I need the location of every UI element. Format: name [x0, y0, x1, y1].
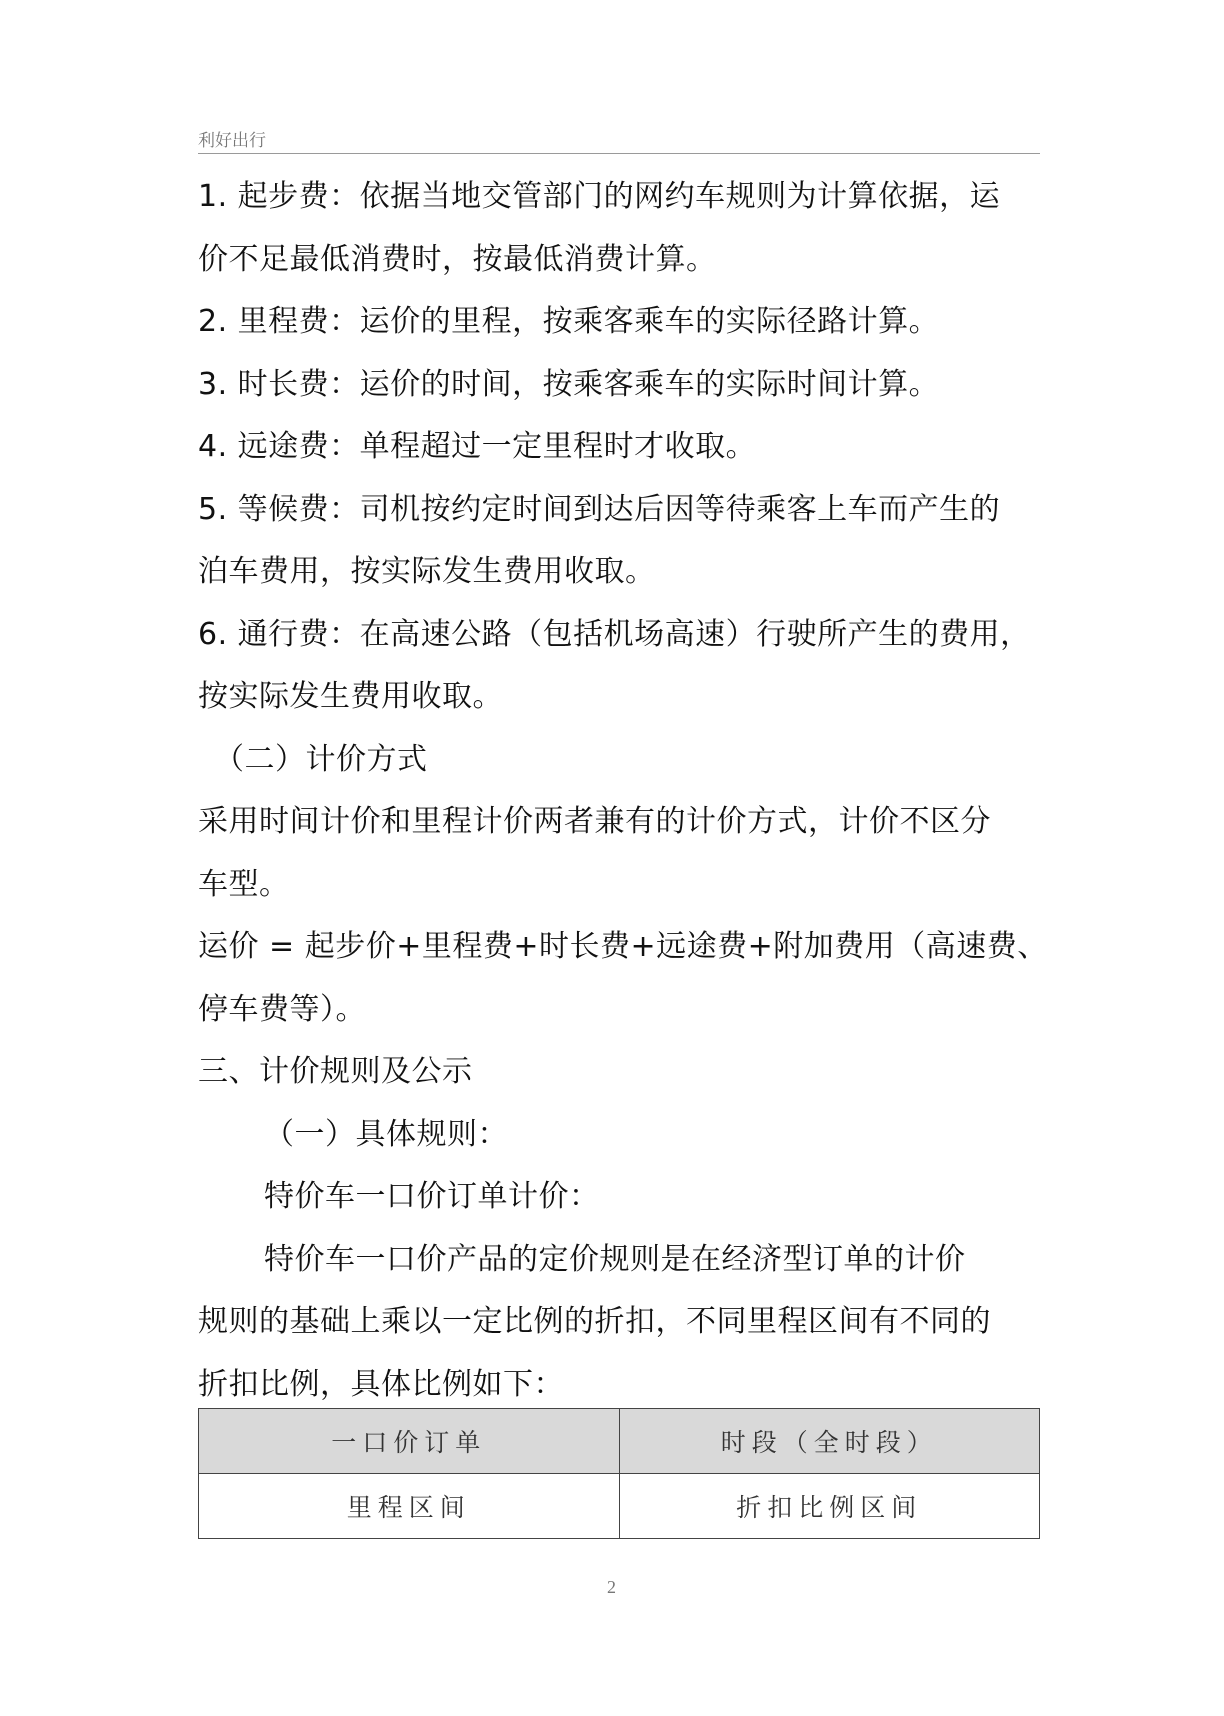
table-cell: 折扣比例区间 — [619, 1474, 1040, 1539]
section-heading: （二）计价方式 — [198, 729, 1078, 792]
section-heading: 三、计价规则及公示 — [198, 1041, 1078, 1104]
paragraph-line: 泊车费用，按实际发生费用收取。 — [198, 541, 1078, 604]
table-row: 里程区间 折扣比例区间 — [199, 1474, 1040, 1539]
paragraph-line: 按实际发生费用收取。 — [198, 666, 1078, 729]
document-body: 1. 起步费：依据当地交管部门的网约车规则为计算依据，运 价不足最低消费时，按最… — [198, 166, 1078, 1416]
table-header-cell: 一口价订单 — [199, 1409, 620, 1474]
paragraph-line: 1. 起步费：依据当地交管部门的网约车规则为计算依据，运 — [198, 166, 1078, 229]
paragraph-line: 2. 里程费：运价的里程，按乘客乘车的实际径路计算。 — [198, 291, 1078, 354]
paragraph-line: 特价车一口价订单计价： — [198, 1166, 1078, 1229]
paragraph-line: 特价车一口价产品的定价规则是在经济型订单的计价 — [198, 1229, 1078, 1292]
formula-line: 停车费等）。 — [198, 979, 1078, 1042]
paragraph-line: 折扣比例，具体比例如下： — [198, 1354, 1078, 1417]
paragraph-line: 5. 等候费：司机按约定时间到达后因等待乘客上车而产生的 — [198, 479, 1078, 542]
paragraph-line: 价不足最低消费时，按最低消费计算。 — [198, 229, 1078, 292]
paragraph-line: 车型。 — [198, 854, 1078, 917]
paragraph-line: 3. 时长费：运价的时间，按乘客乘车的实际时间计算。 — [198, 354, 1078, 417]
table-header-row: 一口价订单 时段（全时段） — [199, 1409, 1040, 1474]
paragraph-line: 规则的基础上乘以一定比例的折扣，不同里程区间有不同的 — [198, 1291, 1078, 1354]
subsection-heading: （一）具体规则： — [198, 1104, 1078, 1167]
header-divider — [198, 153, 1040, 154]
formula-line: 运价 = 起步价+里程费+时长费+远途费+附加费用（高速费、 — [198, 916, 1078, 979]
page-number: 2 — [607, 1577, 616, 1598]
paragraph-line: 采用时间计价和里程计价两者兼有的计价方式，计价不区分 — [198, 791, 1078, 854]
paragraph-line: 6. 通行费：在高速公路（包括机场高速）行驶所产生的费用， — [198, 604, 1078, 667]
document-header: 利好出行 — [198, 126, 266, 151]
discount-table: 一口价订单 时段（全时段） 里程区间 折扣比例区间 — [198, 1408, 1040, 1539]
table-cell: 里程区间 — [199, 1474, 620, 1539]
table-header-cell: 时段（全时段） — [619, 1409, 1040, 1474]
paragraph-line: 4. 远途费：单程超过一定里程时才收取。 — [198, 416, 1078, 479]
